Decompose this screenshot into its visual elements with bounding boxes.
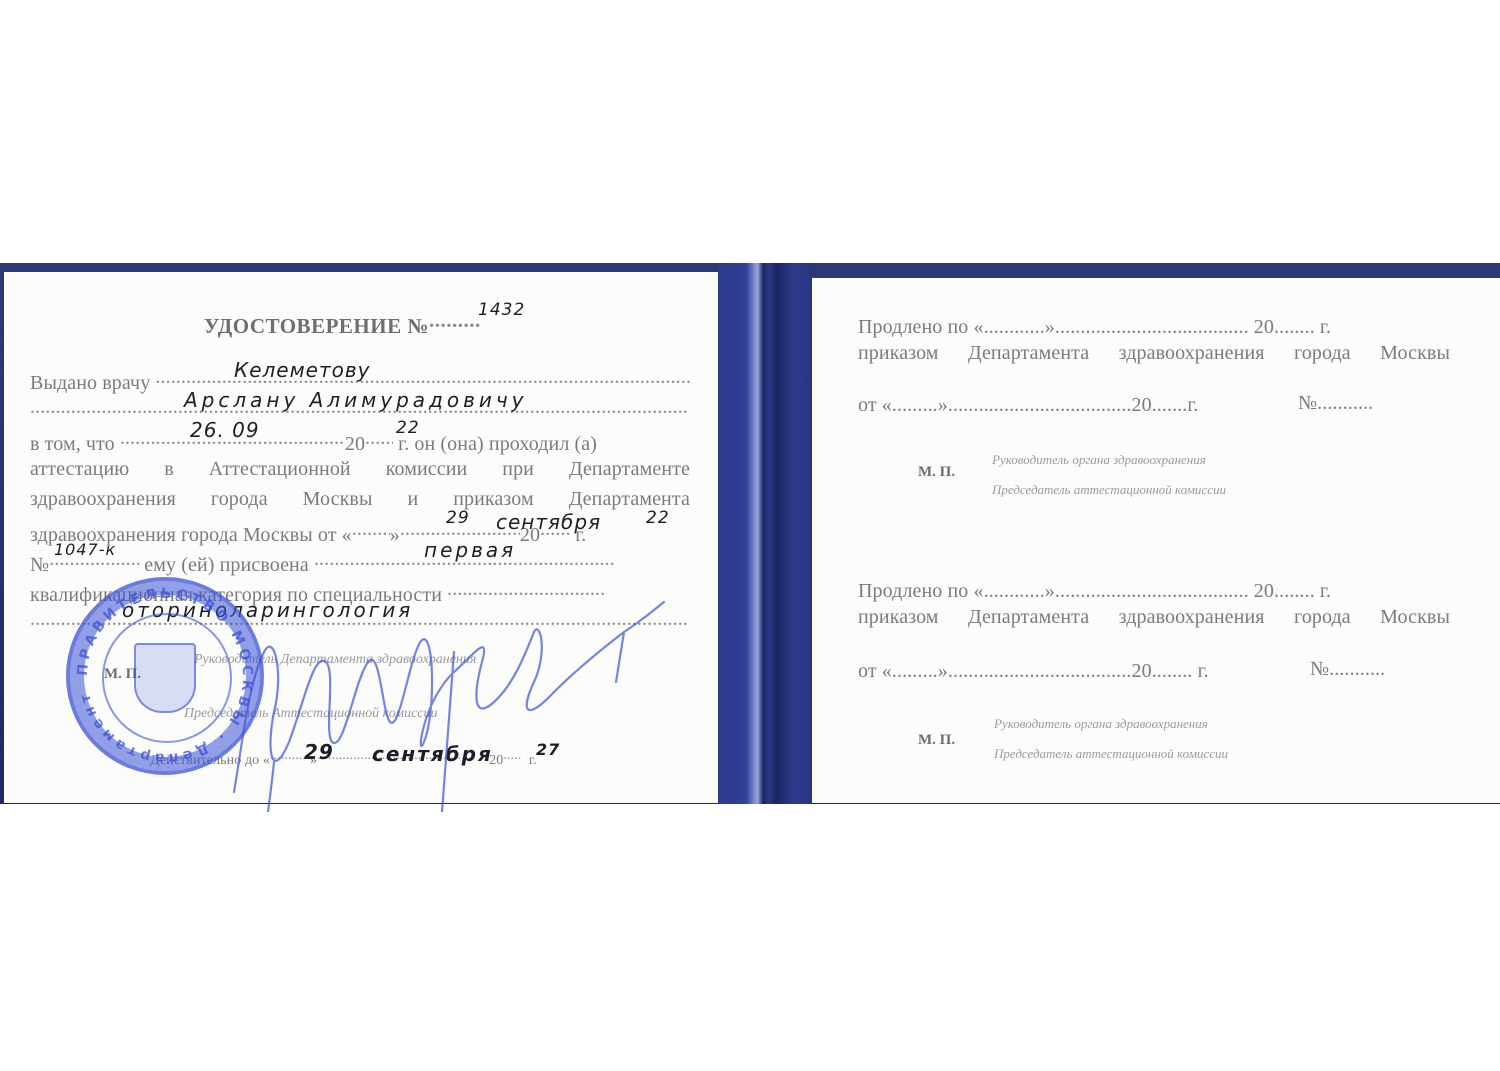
- certificate-title: УДОСТОВЕРЕНИЕ №.........: [204, 308, 481, 339]
- extension-1-number-line: №...........: [1298, 392, 1373, 415]
- dots: .........: [352, 518, 390, 541]
- extension-1-line: Продлено по «............»..............…: [858, 316, 1331, 339]
- order-year-handwritten: 22: [646, 508, 670, 528]
- booklet-spine: [718, 263, 812, 804]
- certificate-number: 1432: [478, 300, 525, 320]
- extension-2-number-line: №...........: [1310, 658, 1385, 681]
- extension-2-signatory-chair: Председатель аттестационной комиссии: [994, 746, 1228, 762]
- extension-2-order-line: приказомДепартаментаздравоохранениягород…: [858, 606, 1450, 629]
- left-page: УДОСТОВЕРЕНИЕ №......... 1432 Выдано вра…: [4, 272, 718, 803]
- handwritten-signature: [154, 592, 674, 812]
- order-number-line: №...................... ему (ей) присвое…: [30, 548, 690, 577]
- paragraph-line-1: аттестациювАттестационнойкомиссииприДепа…: [30, 458, 690, 481]
- title-dots: .........: [429, 308, 481, 333]
- right-page: Продлено по «............»..............…: [812, 278, 1500, 803]
- extension-1-signatory-head: Руководитель органа здравоохранения: [992, 452, 1206, 468]
- title-text: УДОСТОВЕРЕНИЕ №: [204, 314, 429, 338]
- extension-2-stamp-place: М. П.: [918, 732, 955, 749]
- surname-handwritten: Келеметову: [234, 358, 371, 382]
- issued-to-label: Выдано врачу: [30, 372, 150, 394]
- paragraph-line-2: здравоохранениягородаМосквыиприказомДепа…: [30, 488, 690, 511]
- assigned-text: ему (ей) присвоена: [144, 554, 309, 576]
- dots: .......: [365, 427, 393, 450]
- extension-2-date-line: от «.........»..........................…: [858, 660, 1209, 683]
- extension-1-stamp-place: М. П.: [918, 464, 955, 481]
- order-day-handwritten: 29: [446, 508, 470, 528]
- attestation-date-handwritten: 26. 09: [190, 418, 260, 442]
- extension-1-signatory-chair: Председатель аттестационной комиссии: [992, 482, 1226, 498]
- attestation-date-line: в том, что .............................…: [30, 427, 690, 456]
- passed-text: г. он (она) проходил (а): [398, 433, 597, 455]
- order-month-handwritten: сентября: [496, 510, 601, 534]
- extension-2-signatory-head: Руководитель органа здравоохранения: [994, 716, 1208, 732]
- attestation-year-handwritten: 22: [396, 418, 420, 438]
- given-names-handwritten: Арслану Алимурадовичу: [184, 388, 528, 412]
- extension-2-line: Продлено по «............»..............…: [858, 580, 1331, 603]
- extension-1-date-line: от «.........»..........................…: [858, 394, 1199, 417]
- year-prefix: 20: [345, 433, 365, 455]
- category-handwritten: первая: [424, 538, 516, 562]
- order-number-handwritten: 1047-к: [54, 540, 116, 559]
- extension-1-order-line: приказомДепартаментаздравоохранениягород…: [858, 342, 1450, 365]
- number-sign: №: [30, 554, 49, 576]
- in-that-label: в том, что: [30, 433, 115, 455]
